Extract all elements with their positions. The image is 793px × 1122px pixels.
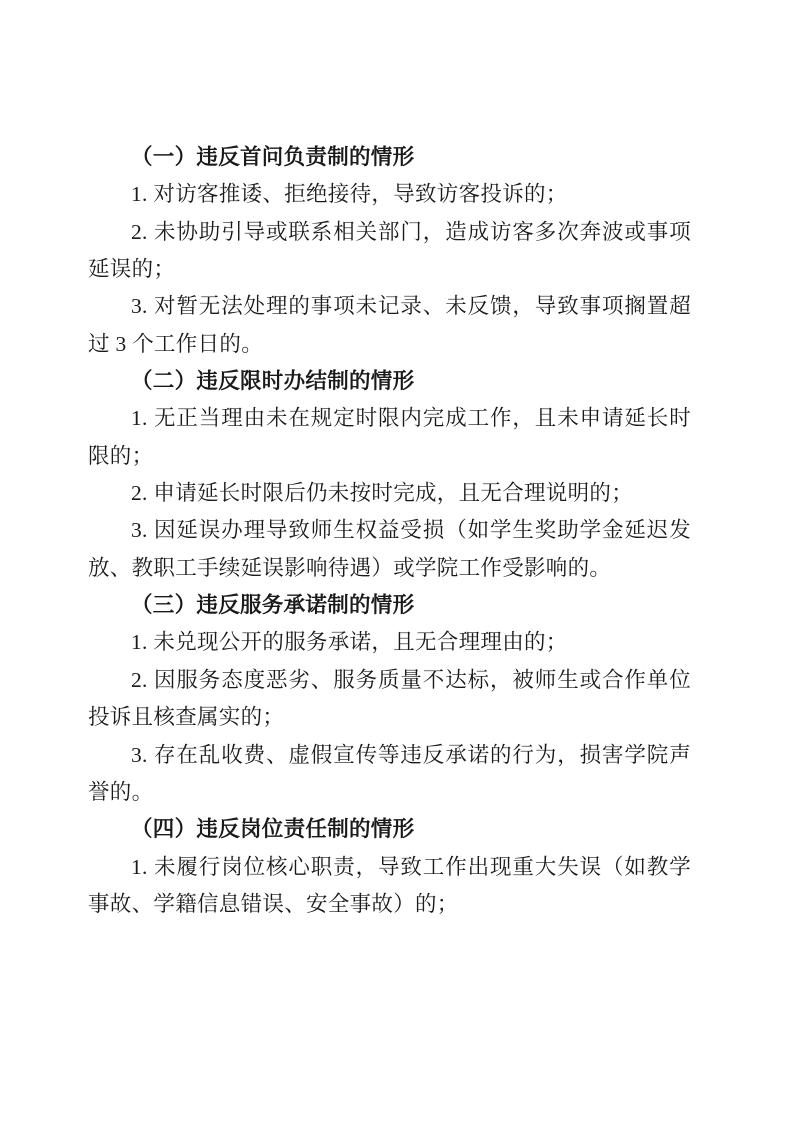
- document-page: （一）违反首问负责制的情形 1. 对访客推诿、拒绝接待，导致访客投诉的； 2. …: [0, 0, 793, 1122]
- section-3-item-2: 2. 因服务态度恶劣、服务质量不达标，被师生或合作单位投诉且核查属实的；: [88, 662, 691, 737]
- section-2-item-1: 1. 无正当理由未在规定时限内完成工作，且未申请延长时限的；: [88, 400, 691, 475]
- section-4-heading: （四）违反岗位责任制的情形: [88, 811, 691, 848]
- section-4-item-1: 1. 未履行岗位核心职责，导致工作出现重大失误（如教学事故、学籍信息错误、安全事…: [88, 849, 691, 924]
- section-2-item-3: 3. 因延误办理导致师生权益受损（如学生奖助学金延迟发放、教职工手续延误影响待遇…: [88, 512, 691, 587]
- section-1-item-1: 1. 对访客推诿、拒绝接待，导致访客投诉的；: [88, 176, 691, 213]
- section-2-item-2: 2. 申请延长时限后仍未按时完成，且无合理说明的；: [88, 475, 691, 512]
- section-3-heading: （三）违反服务承诺制的情形: [88, 587, 691, 624]
- section-1-item-2: 2. 未协助引导或联系相关部门，造成访客多次奔波或事项延误的；: [88, 214, 691, 289]
- section-1-item-3: 3. 对暂无法处理的事项未记录、未反馈，导致事项搁置超过 3 个工作日的。: [88, 288, 691, 363]
- section-3-item-1: 1. 未兑现公开的服务承诺，且无合理理由的；: [88, 624, 691, 661]
- section-2-heading: （二）违反限时办结制的情形: [88, 363, 691, 400]
- section-1-heading: （一）违反首问负责制的情形: [88, 139, 691, 176]
- document-body: （一）违反首问负责制的情形 1. 对访客推诿、拒绝接待，导致访客投诉的； 2. …: [88, 139, 691, 923]
- section-3-item-3: 3. 存在乱收费、虚假宣传等违反承诺的行为，损害学院声誉的。: [88, 737, 691, 812]
